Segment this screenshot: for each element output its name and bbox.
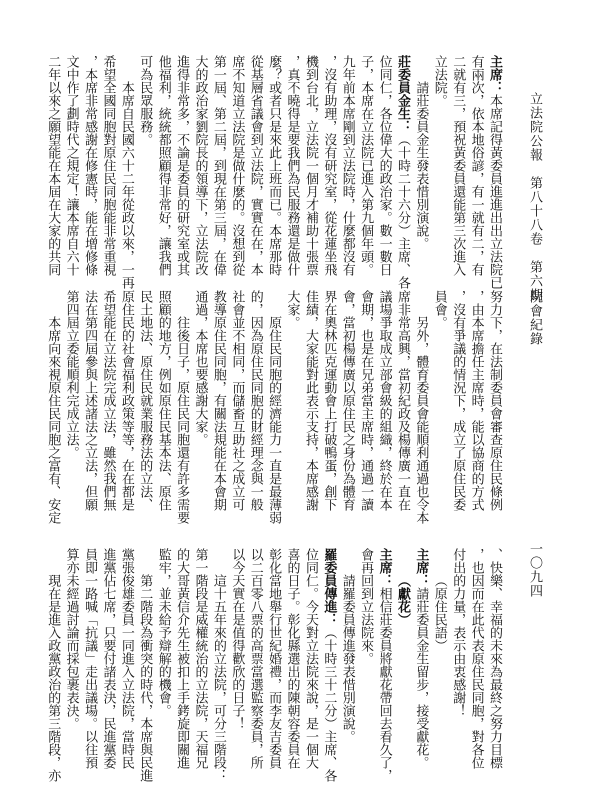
column-text: 算亦未經過討論而採包裹表決。 (64, 548, 79, 730)
column-text: 他福利，統統都照顧得非常好，讓我們 (156, 55, 171, 276)
column-text: 立法院。 (432, 55, 447, 107)
column-text: 付出的力量，表示由衷感謝！ (450, 548, 465, 717)
text-column: 本席向來視原住民同胞之富有、安定 (43, 290, 61, 524)
column-text: 現在是進入政黨政治的第三階段，亦 (45, 574, 60, 782)
text-column: 二年以來之願望能在本屆在大家的共同 (43, 55, 61, 289)
column-text: 請莊委員金生留步，接受獻花。 (413, 587, 428, 769)
column-text: 法在第四屆參與上述諸法之立法，但願 (82, 290, 97, 511)
text-column: （原住民語） (429, 548, 447, 782)
text-column: 會期，也是在兄弟當主席時，通過一讀 (356, 290, 374, 524)
text-column: 請羅委員傳進發表惜別演說。 (337, 548, 355, 782)
column-text: 子，本席在立法院已進入第九個年頭。 (358, 55, 373, 276)
column-text: （十時二十六分）主席、各 (395, 133, 410, 289)
text-column: 第四屆立委能順利完成立法。 (61, 290, 79, 524)
column-text: ，由本席擔任主席時，能以協商的方式 (469, 290, 484, 511)
text-column: ，由本席擔任主席時，能以協商的方式 (466, 290, 484, 524)
text-column: 位同仁，各位偉大的政治家。數一數日 (374, 55, 392, 289)
text-column: 有兩次，依本地俗諺，有一就有二，有 (466, 55, 484, 289)
text-column: 席不知道立法院是做什麼的。沒想到從 (227, 55, 245, 289)
column-text: 請莊委員金生發表惜別演說。 (413, 81, 428, 250)
text-column: 進黨佔七席，只要付諸表決，民進黨委 (98, 548, 116, 782)
text-column: 麼？或者只是來此上班而已。本席那時 (264, 55, 282, 289)
column-text: 從基層省議會到立法院，實實在在，本 (248, 55, 263, 276)
publication-header: 立法院公報 第八十八卷 第六期 (527, 92, 541, 302)
text-column: 第一階段是威權統治的立法院，天福兄 (190, 548, 208, 782)
column-text: 希望全國同胞對原住民同胞能非常重視 (100, 55, 115, 276)
column-text: ，本席非常感謝在修憲時，能在增修條 (82, 55, 97, 276)
text-column: 教導原住民同胞，有關法規能在本會期 (209, 290, 227, 524)
text-column: 立法院。 (429, 55, 447, 289)
column-text: 機到台北，立法院一個月才補助十張票 (303, 55, 318, 276)
text-column: 喜的日子。彰化縣選出的陳朝容委員在 (282, 548, 300, 782)
column-text: 二年以來之願望能在本屆在大家的共同 (45, 55, 60, 276)
column-text: 原住民同胞的經濟能力一直是最薄弱 (266, 316, 281, 524)
column-text: 希望能在立法院完成立法，雖然我們無 (100, 290, 115, 511)
column-text: 本席自民國六十二年從政以來，一再 (119, 81, 134, 289)
column-text: 員會。 (432, 290, 447, 329)
gazette-page: 立法院公報 第八十八卷 第六期 院會紀錄 一〇九四 主席：本席記得黃委員進進出出… (0, 0, 600, 793)
column-text: 黨張俊雄委員一同進入立法院，當時民 (119, 548, 134, 769)
text-column: ，也因而在此代表原住民同胞，對各位 (466, 548, 484, 782)
text-column: 大家。 (282, 290, 300, 524)
text-column: 九年前本席剛到立法院時，什麼都沒有 (337, 55, 355, 289)
text-column: ，本席非常感謝在修憲時，能在增修條 (80, 55, 98, 289)
column-text: 席不知道立法院是做什麼的。沒想到從 (229, 55, 244, 276)
text-column: 以今天實在是值得歡欣的日子！ (227, 548, 245, 782)
column-text: 往後日子，原住民同胞還有許多需要 (174, 316, 189, 524)
column-text: 位同仁，各位偉大的政治家。數一數日 (377, 55, 392, 276)
text-column: （獻花） (393, 548, 411, 782)
speaker-name: 莊委員金生： (395, 55, 410, 133)
column-text: 照顧的地方，例如原住民基本法、原住 (156, 290, 171, 511)
column-text: 以二百零八票的高票當選監察委員，所 (248, 548, 263, 769)
text-column: 界在奧林匹克運動會上打破鴨蛋，創下 (319, 290, 337, 524)
text-column: 主席：本席記得黃委員進進出出立法院已 (485, 55, 503, 289)
text-column: 員會。 (429, 290, 447, 524)
text-column: 本席自民國六十二年從政以來，一再 (116, 55, 134, 289)
section-header: 院會紀錄 (527, 290, 541, 346)
column-text: 本席向來視原住民同胞之富有、安定 (45, 316, 60, 524)
column-text: 彰化當地舉行世紀婚禮，而李友吉委員 (266, 548, 281, 769)
text-column: 羅委員傳進：（十時三十二分）主席、各 (319, 548, 337, 782)
column-text: 大家。 (285, 290, 300, 329)
column-text: 進得非常多，不論是委員的研究室或其 (174, 55, 189, 276)
column-text: 會，當初楊傳廣以原住民之身份為體育 (340, 290, 355, 511)
text-column: 監牢，並未給予辯解的機會。 (153, 548, 171, 782)
text-column: 議場爭取成立部會級的組織，終於在本 (374, 290, 392, 524)
speaker-name: 主席： (377, 548, 392, 587)
column-text: 有兩次，依本地俗諺，有一就有二，有 (469, 55, 484, 276)
text-column: 第一屆、第二屆，到現在第三屆，在偉 (209, 55, 227, 289)
text-column: 會再回到立法院來。 (356, 548, 374, 782)
column-text: 位同仁。今天對立法院來說，是一個大 (303, 548, 318, 769)
column-text: 教導原住民同胞，有關法規能在本會期 (211, 290, 226, 511)
column-text: （原住民語） (432, 574, 447, 652)
text-column: 佳績，大家能對此表示支持，本席感謝 (301, 290, 319, 524)
text-column: 主席：請莊委員金生留步，接受獻花。 (411, 548, 429, 782)
text-column: 彰化當地舉行世紀婚禮，而李友吉委員 (264, 548, 282, 782)
text-column: ，沒有助理，沒有研究室，從花蓮坐飛 (319, 55, 337, 289)
text-column: 通過，本席也要感謝大家。 (190, 290, 208, 524)
text-column: 原住民的社會福利政策等等，在在都是 (116, 290, 134, 524)
text-column: 努力下，在法制委員會審查原住民條例 (485, 290, 503, 524)
column-text: 文中作了劃時代之規定！讓本席自六十 (64, 55, 79, 276)
column-text: 九年前本席剛到立法院時，什麼都沒有 (340, 55, 355, 276)
column-text: 界在奧林匹克運動會上打破鴨蛋，創下 (321, 290, 336, 511)
text-column: 進得非常多，不論是委員的研究室或其 (172, 55, 190, 289)
column-text: 請羅委員傳進發表惜別演說。 (340, 574, 355, 743)
text-column: 原住民同胞的經濟能力一直是最薄弱 (264, 290, 282, 524)
column-text: 本席記得黃委員進進出出立法院已 (487, 94, 502, 289)
column-text: 議場爭取成立部會級的組織，終於在本 (377, 290, 392, 511)
text-column: 員即一路喊「抗議」走出議場。以往預 (80, 548, 98, 782)
text-column: 二就有三，預祝黃委員還能第三次進入 (448, 55, 466, 289)
text-column: 會，當初楊傳廣以原住民之身份為體育 (337, 290, 355, 524)
text-band-middle: 努力下，在法制委員會審查原住民條例，由本席擔任主席時，能以協商的方式，沒有爭議的… (43, 290, 503, 524)
column-text: 監牢，並未給予辯解的機會。 (156, 548, 171, 717)
column-text: 另外，體育委員會能順利通過也令本 (413, 316, 428, 524)
column-text: ，也因而在此代表原住民同胞，對各位 (469, 548, 484, 769)
text-band-top: 主席：本席記得黃委員進進出出立法院已有兩次，依本地俗諺，有一就有二，有二就有三，… (43, 55, 503, 289)
column-text: （十時三十二分）主席、各 (321, 626, 336, 782)
text-column: 這十五年來的立法院，可分三階段： (209, 548, 227, 782)
column-text: 進黨佔七席，只要付諸表決，民進黨委 (100, 548, 115, 769)
column-text: 民土地法、原住民就業服務法的立法、 (137, 290, 152, 511)
text-column: 位同仁。今天對立法院來說，是一個大 (301, 548, 319, 782)
column-text: 這十五年來的立法院，可分三階段： (211, 574, 226, 782)
text-column: ，沒有爭議的情況下，成立了原住民委 (448, 290, 466, 524)
column-text: 的，因為原住民同胞的財經理念與一般 (248, 290, 263, 511)
text-column: 算亦未經過討論而採包裹表決。 (61, 548, 79, 782)
column-text: 員即一路喊「抗議」走出議場。以往預 (82, 548, 97, 769)
text-column: 文中作了劃時代之規定！讓本席自六十 (61, 55, 79, 289)
column-text: 通過，本席也要感謝大家。 (193, 290, 208, 446)
speaker-name: 主席： (413, 548, 428, 587)
page-number: 一〇九四 (527, 542, 541, 598)
text-column: 子，本席在立法院已進入第九個年頭。 (356, 55, 374, 289)
column-text: ，真不曉得是要我們為民服務還是做什 (285, 55, 300, 276)
column-text: 佳績，大家能對此表示支持，本席感謝 (303, 290, 318, 511)
text-column: 付出的力量，表示由衷感謝！ (448, 548, 466, 782)
speaker-name: 主席： (487, 55, 502, 94)
text-column: 以二百零八票的高票當選監察委員，所 (245, 548, 263, 782)
text-column: 照顧的地方，例如原住民基本法、原住 (153, 290, 171, 524)
text-column: 的，因為原住民同胞的財經理念與一般 (245, 290, 263, 524)
text-column: 他福利，統統都照顧得非常好，讓我們 (153, 55, 171, 289)
text-column: 社會並不相同，而儲畜互助社之成立可 (227, 290, 245, 524)
text-column: 法在第四屆參與上述諸法之立法，但願 (80, 290, 98, 524)
column-text: 以今天實在是值得歡欣的日子！ (229, 548, 244, 730)
column-text: 席非常高興，當初紀政及楊傳廣一直在 (395, 290, 410, 511)
text-column: 希望全國同胞對原住民同胞能非常重視 (98, 55, 116, 289)
column-text: 原住民的社會福利政策等等，在在都是 (119, 290, 134, 511)
column-text: ，沒有爭議的情況下，成立了原住民委 (450, 290, 465, 511)
column-text: 可為民眾服務。 (137, 55, 152, 146)
text-column: 席非常高興，當初紀政及楊傳廣一直在 (393, 290, 411, 524)
column-text: 二就有三，預祝黃委員還能第三次進入 (450, 55, 465, 276)
text-column: 另外，體育委員會能順利通過也令本 (411, 290, 429, 524)
column-text: 、快樂、幸福的未來為最終之努力目標 (487, 548, 502, 769)
text-column: 黨張俊雄委員一同進入立法院，當時民 (116, 548, 134, 782)
column-text: 會期，也是在兄弟當主席時，通過一讀 (358, 290, 373, 511)
text-column: 、快樂、幸福的未來為最終之努力目標 (485, 548, 503, 782)
text-column: 從基層省議會到立法院，實實在在，本 (245, 55, 263, 289)
text-column: 莊委員金生：（十時二十六分）主席、各 (393, 55, 411, 289)
column-text: 第一屆、第二屆，到現在第三屆，在偉 (211, 55, 226, 276)
text-column: ，真不曉得是要我們為民服務還是做什 (282, 55, 300, 289)
text-column: 請莊委員金生發表惜別演說。 (411, 55, 429, 289)
column-text: 第二階段為衝突的時代，本席與民進 (137, 574, 152, 782)
text-column: 主席：相信莊委員將獻花帶回去看久了， (374, 548, 392, 782)
column-text: 會再回到立法院來。 (358, 548, 373, 665)
text-column: 可為民眾服務。 (135, 55, 153, 289)
column-text: 努力下，在法制委員會審查原住民條例 (487, 290, 502, 511)
column-text: 的大哥黃信介先生被扣上手銬旋即關進 (174, 548, 189, 769)
column-text: 大的政治家劉院長的領導下，立法院改 (193, 55, 208, 276)
column-text: 第一階段是威權統治的立法院，天福兄 (193, 548, 208, 769)
column-text: 相信莊委員將獻花帶回去看久了， (377, 587, 392, 782)
column-text: （獻花） (395, 574, 410, 626)
text-column: 希望能在立法院完成立法，雖然我們無 (98, 290, 116, 524)
column-text: ，沒有助理，沒有研究室，從花蓮坐飛 (321, 55, 336, 276)
column-text: 喜的日子。彰化縣選出的陳朝容委員在 (285, 548, 300, 769)
text-band-bottom: 、快樂、幸福的未來為最終之努力目標，也因而在此代表原住民同胞，對各位付出的力量，… (43, 548, 503, 782)
speaker-name: 羅委員傳進： (321, 548, 336, 626)
column-text: 第四屆立委能順利完成立法。 (64, 290, 79, 459)
text-column: 現在是進入政黨政治的第三階段，亦 (43, 548, 61, 782)
text-column: 的大哥黃信介先生被扣上手銬旋即關進 (172, 548, 190, 782)
text-column: 往後日子，原住民同胞還有許多需要 (172, 290, 190, 524)
text-column: 民土地法、原住民就業服務法的立法、 (135, 290, 153, 524)
text-column: 第二階段為衝突的時代，本席與民進 (135, 548, 153, 782)
column-text: 社會並不相同，而儲畜互助社之成立可 (229, 290, 244, 511)
text-column: 機到台北，立法院一個月才補助十張票 (301, 55, 319, 289)
column-text: 麼？或者只是來此上班而已。本席那時 (266, 55, 281, 276)
text-column: 大的政治家劉院長的領導下，立法院改 (190, 55, 208, 289)
